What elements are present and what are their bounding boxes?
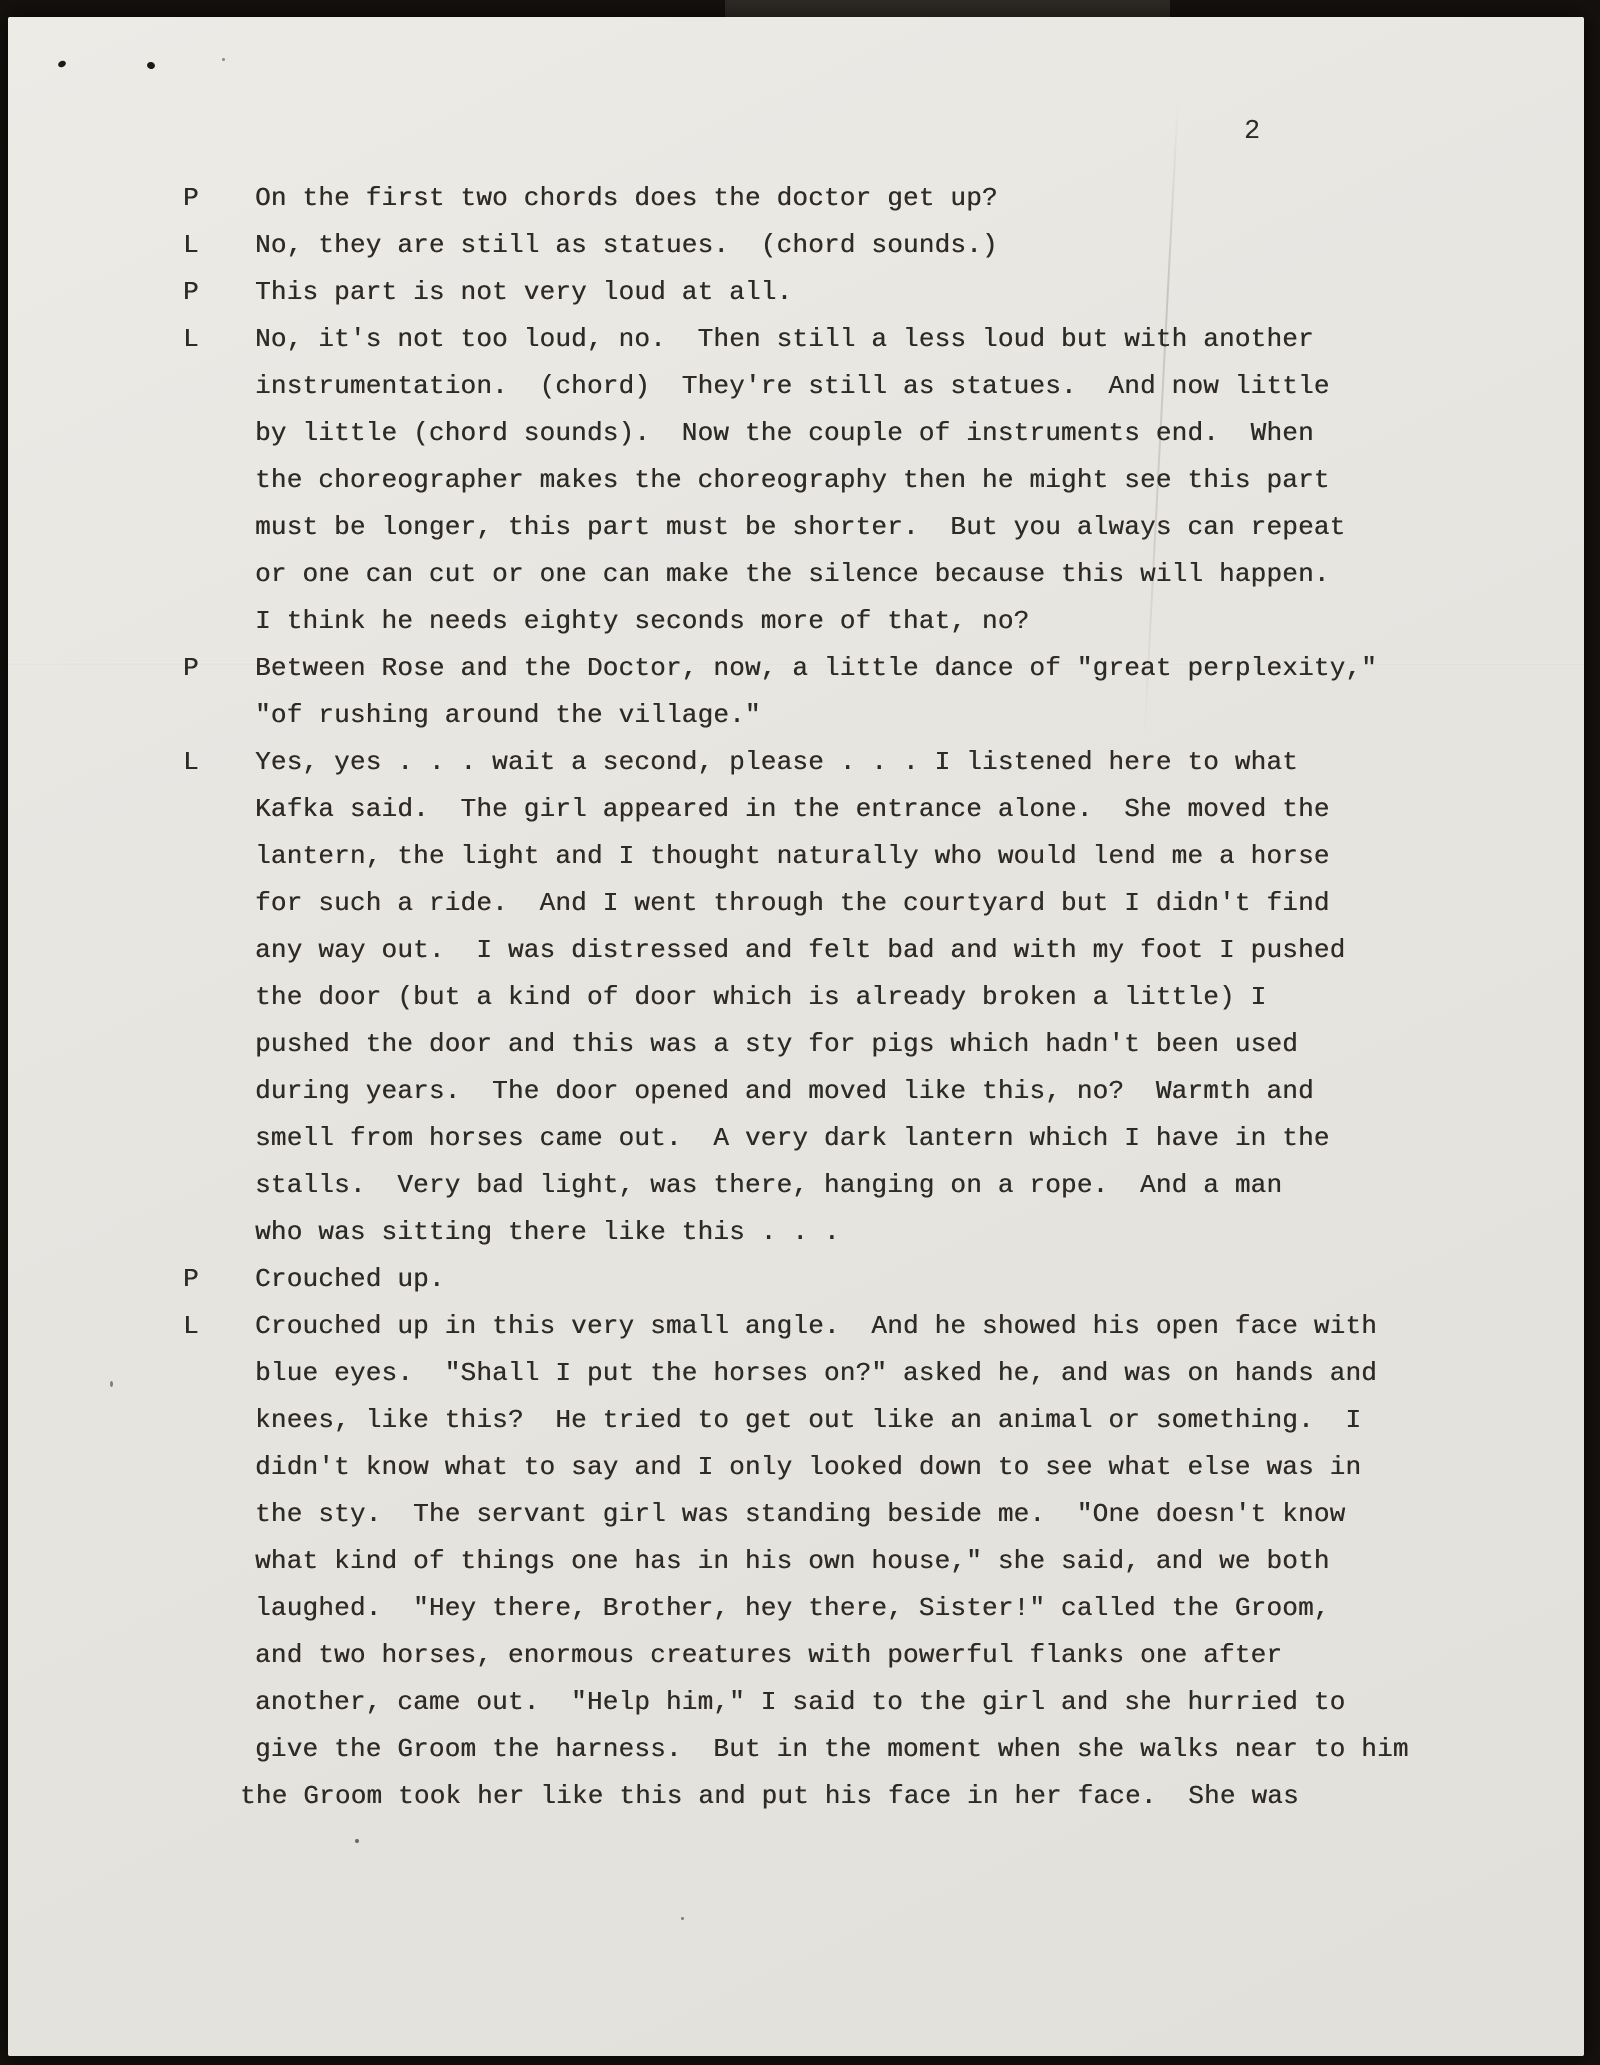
transcript-line: another, came out. "Help him," I said to… (255, 1679, 1584, 1726)
transcript-line: or one can cut or one can make the silen… (255, 551, 1584, 598)
ink-speck (355, 1839, 359, 1843)
transcript-line: Crouched up in this very small angle. An… (255, 1303, 1584, 1350)
ink-speck (222, 58, 225, 61)
speaker-label: L (8, 1303, 255, 1820)
entry-lines: Between Rose and the Doctor, now, a litt… (255, 645, 1584, 739)
transcript-line: lantern, the light and I thought natural… (255, 833, 1584, 880)
speaker-label: L (8, 739, 255, 1256)
entry-lines: Yes, yes . . . wait a second, please . .… (255, 739, 1584, 1256)
transcript-line: On the first two chords does the doctor … (255, 175, 1584, 222)
transcript-line: I think he needs eighty seconds more of … (255, 598, 1584, 645)
transcript-line: No, it's not too loud, no. Then still a … (255, 316, 1584, 363)
speaker-label: P (8, 175, 255, 222)
entry-lines: On the first two chords does the doctor … (255, 175, 1584, 222)
transcript-line: the Groom took her like this and put his… (240, 1773, 1584, 1820)
transcript-line: for such a ride. And I went through the … (255, 880, 1584, 927)
transcript: POn the first two chords does the doctor… (8, 175, 1584, 1820)
transcript-entry: POn the first two chords does the doctor… (8, 175, 1584, 222)
transcript-line: smell from horses came out. A very dark … (255, 1115, 1584, 1162)
entry-lines: This part is not very loud at all. (255, 269, 1584, 316)
transcript-line: by little (chord sounds). Now the couple… (255, 410, 1584, 457)
entry-lines: No, it's not too loud, no. Then still a … (255, 316, 1584, 645)
transcript-line: what kind of things one has in his own h… (255, 1538, 1584, 1585)
transcript-line: Yes, yes . . . wait a second, please . .… (255, 739, 1584, 786)
ink-speck (681, 1917, 684, 1920)
transcript-line: This part is not very loud at all. (255, 269, 1584, 316)
transcript-entry: PThis part is not very loud at all. (8, 269, 1584, 316)
entry-lines: Crouched up. (255, 1256, 1584, 1303)
transcript-line: any way out. I was distressed and felt b… (255, 927, 1584, 974)
transcript-line: must be longer, this part must be shorte… (255, 504, 1584, 551)
transcript-line: who was sitting there like this . . . (255, 1209, 1584, 1256)
transcript-line: No, they are still as statues. (chord so… (255, 222, 1584, 269)
transcript-line: blue eyes. "Shall I put the horses on?" … (255, 1350, 1584, 1397)
transcript-line: "of rushing around the village." (255, 692, 1584, 739)
background-smudge (725, 0, 1170, 17)
transcript-line: the door (but a kind of door which is al… (255, 974, 1584, 1021)
transcript-line: Kafka said. The girl appeared in the ent… (255, 786, 1584, 833)
transcript-line: instrumentation. (chord) They're still a… (255, 363, 1584, 410)
transcript-line: laughed. "Hey there, Brother, hey there,… (255, 1585, 1584, 1632)
transcript-line: and two horses, enormous creatures with … (255, 1632, 1584, 1679)
speaker-label: P (8, 645, 255, 739)
ink-speck (57, 60, 67, 69)
transcript-line: Between Rose and the Doctor, now, a litt… (255, 645, 1584, 692)
page-number: 2 (1244, 117, 1260, 147)
transcript-line: the sty. The servant girl was standing b… (255, 1491, 1584, 1538)
speaker-label: L (8, 316, 255, 645)
transcript-entry: LNo, they are still as statues. (chord s… (8, 222, 1584, 269)
document-page: 2 POn the first two chords does the doct… (8, 17, 1584, 2056)
transcript-entry: LCrouched up in this very small angle. A… (8, 1303, 1584, 1820)
ink-speck (146, 61, 156, 70)
transcript-entry: LYes, yes . . . wait a second, please . … (8, 739, 1584, 1256)
transcript-line: give the Groom the harness. But in the m… (255, 1726, 1584, 1773)
transcript-line: knees, like this? He tried to get out li… (255, 1397, 1584, 1444)
transcript-line: stalls. Very bad light, was there, hangi… (255, 1162, 1584, 1209)
transcript-entry: PCrouched up. (8, 1256, 1584, 1303)
transcript-line: during years. The door opened and moved … (255, 1068, 1584, 1115)
transcript-line: didn't know what to say and I only looke… (255, 1444, 1584, 1491)
transcript-line: pushed the door and this was a sty for p… (255, 1021, 1584, 1068)
transcript-line: Crouched up. (255, 1256, 1584, 1303)
speaker-label: P (8, 269, 255, 316)
transcript-entry: PBetween Rose and the Doctor, now, a lit… (8, 645, 1584, 739)
speaker-label: L (8, 222, 255, 269)
speaker-label: P (8, 1256, 255, 1303)
entry-lines: No, they are still as statues. (chord so… (255, 222, 1584, 269)
transcript-entry: LNo, it's not too loud, no. Then still a… (8, 316, 1584, 645)
entry-lines: Crouched up in this very small angle. An… (255, 1303, 1584, 1820)
transcript-line: the choreographer makes the choreography… (255, 457, 1584, 504)
